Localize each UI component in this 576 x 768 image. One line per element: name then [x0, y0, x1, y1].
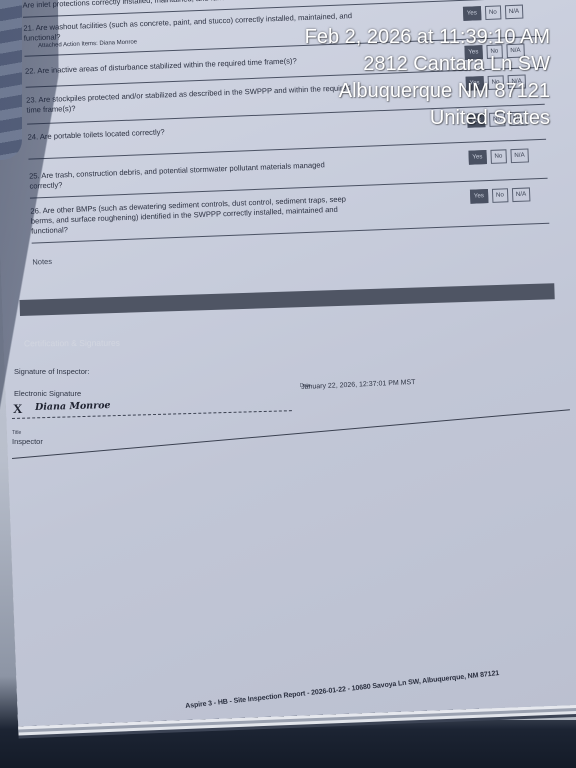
answer-yes[interactable]: Yes [470, 189, 489, 204]
question-text: 26. Are other BMPs (such as dewatering s… [30, 194, 361, 237]
answer-group: Yes No N/A [470, 187, 531, 203]
overlay-country: United States [305, 105, 550, 132]
photo-timestamp-overlay: Feb 2, 2026 at 11:39:10 AM 2812 Cantara … [305, 24, 550, 132]
notes-label: Notes [32, 238, 550, 267]
overlay-datetime: Feb 2, 2026 at 11:39:10 AM [305, 24, 550, 51]
answer-na[interactable]: N/A [512, 187, 531, 202]
curled-page-edges [0, 0, 22, 160]
answer-yes[interactable]: Yes [468, 150, 487, 165]
photo-scene: Are inlet protections correctly installe… [0, 0, 576, 768]
answer-yes[interactable]: Yes [463, 6, 482, 21]
answer-group: Yes No N/A [468, 148, 529, 164]
question-text: 25. Are trash, construction debris, and … [29, 159, 360, 192]
overlay-city: Albuquerque NM 87121 [305, 78, 550, 105]
answer-no[interactable]: No [490, 149, 506, 164]
answer-na[interactable]: N/A [505, 5, 524, 20]
answer-na[interactable]: N/A [510, 148, 529, 163]
overlay-street: 2812 Cantara Ln SW [305, 51, 550, 78]
answer-group: Yes No N/A [463, 5, 524, 21]
answer-no[interactable]: No [485, 5, 501, 20]
answer-no[interactable]: No [492, 188, 508, 203]
